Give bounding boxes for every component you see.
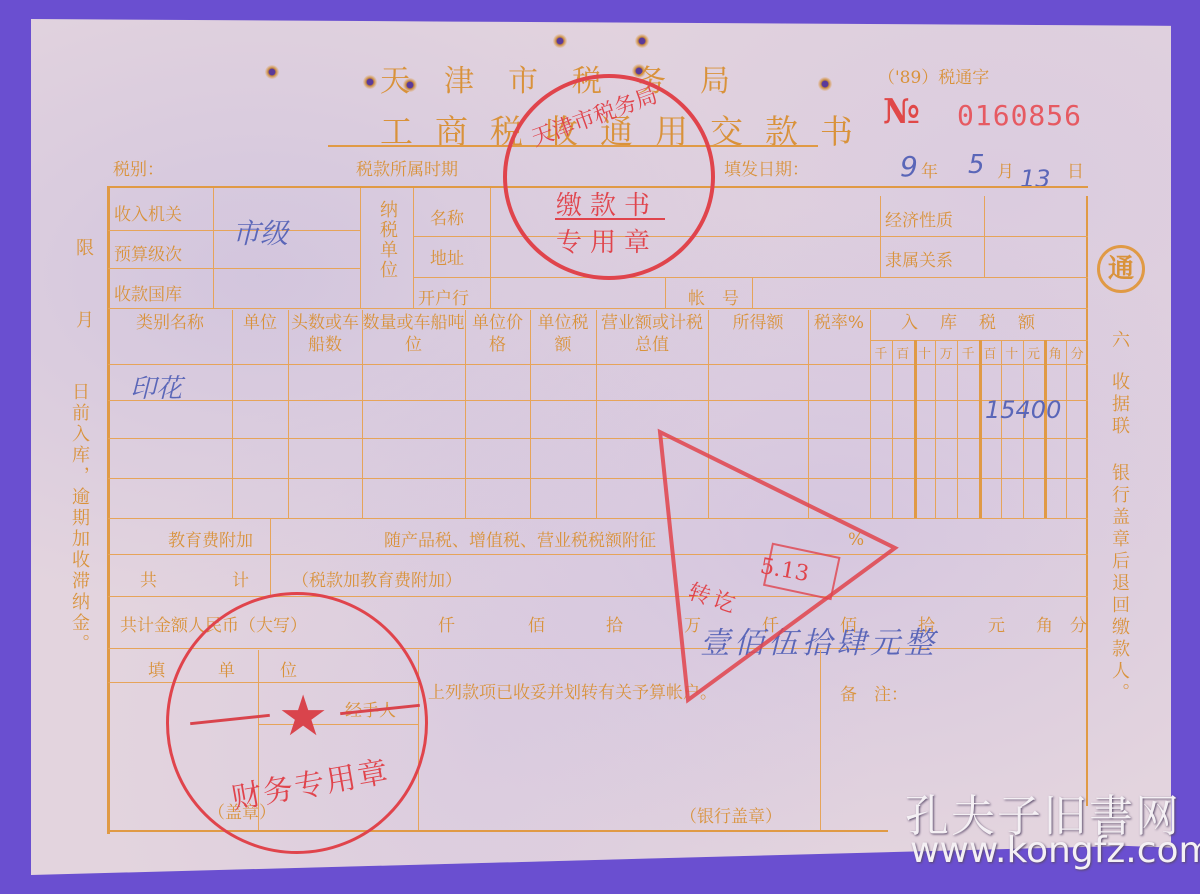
tax-type-label: 税别：: [113, 155, 164, 180]
amount-digit-header: 十: [914, 343, 936, 362]
taxpayer-name-label: 名称: [430, 204, 464, 229]
month-label: 月: [997, 157, 1014, 182]
amount-unit-label: 仟: [438, 611, 455, 636]
tax-stamp-mid: 缴款书: [556, 185, 658, 222]
punch-hole: [363, 75, 377, 89]
column-header: 单位税额: [530, 312, 596, 356]
punch-hole: [553, 34, 567, 48]
amount-digit-header: 百: [892, 343, 914, 362]
treasury-label: 收款国库: [114, 280, 182, 305]
taxpayer-address-label: 地址: [430, 244, 464, 269]
amount-unit-label: 佰: [528, 611, 545, 636]
amount-digit-header: 角: [1044, 343, 1066, 362]
serial-number: 0160856: [957, 99, 1082, 132]
column-header: 头数或车船数: [288, 312, 362, 356]
serial-prefix: №: [883, 92, 920, 132]
economic-nature-label: 经济性质: [885, 206, 953, 231]
amount-digit-header: 千: [870, 343, 892, 362]
punch-hole: [818, 77, 832, 91]
form-code: （'89）税通字: [878, 63, 989, 88]
copy-note: 收据联 银行盖章后退回缴款人。: [1106, 372, 1132, 705]
education-surcharge-desc: 随产品税、增值税、营业税税额附征: [384, 526, 656, 551]
column-header: 类别名称: [108, 312, 232, 334]
handwritten-year: 9: [900, 150, 918, 183]
issue-date-label: 填发日期：: [724, 155, 809, 180]
filler-label-1: 填: [148, 656, 165, 681]
tax-period-label: 税款所属时期: [356, 155, 458, 180]
total-desc: （税款加教育费附加）: [292, 566, 462, 591]
budget-level-handwritten: 市级: [232, 212, 288, 252]
column-header: 入库税额: [870, 312, 1088, 334]
column-header: 营业额或计税总值: [596, 312, 708, 356]
column-header: 税率%: [808, 312, 870, 334]
deadline-prefix: 限: [70, 238, 96, 258]
amount-unit-label: 元: [988, 611, 1005, 636]
taxpayer-bank-label: 开户行: [418, 284, 469, 309]
deadline-note: 日前入库，逾期加收滞纳金。: [70, 382, 88, 655]
amount-unit-label: 角: [1036, 611, 1053, 636]
watermark-url: www.kongfz.com: [910, 830, 1200, 871]
amount-digit-header: 十: [1001, 343, 1023, 362]
total-label-1: 共: [140, 566, 157, 591]
column-header: 数量或车船吨位: [362, 312, 465, 356]
day-label: 日: [1067, 157, 1084, 182]
budget-level-label: 预算级次: [114, 240, 182, 265]
star-icon: ★: [278, 684, 328, 749]
column-header: 所得额: [708, 312, 808, 334]
column-header: 单位价格: [465, 312, 530, 356]
handwritten-month: 5: [968, 150, 985, 180]
affiliation-label: 隶属关系: [885, 246, 953, 271]
deadline-month: 月: [70, 310, 96, 330]
amount-digit-header: 分: [1066, 343, 1088, 362]
tax-stamp-bottom: 专用章: [556, 222, 658, 259]
total-label-2: 计: [232, 566, 249, 591]
amount-unit-label: 拾: [606, 611, 623, 636]
copy-badge: 通: [1097, 245, 1145, 293]
punch-hole: [635, 34, 649, 48]
row1-category-handwritten: 印花: [130, 368, 182, 405]
amount-digit-header: 万: [935, 343, 957, 362]
amount-digit-header: 千: [957, 343, 979, 362]
punch-hole: [265, 65, 279, 79]
copy-number: 六: [1106, 330, 1132, 350]
amount-digit-header: 百: [979, 343, 1001, 362]
column-header: 单位: [232, 312, 288, 334]
amount-unit-label: 分: [1070, 611, 1087, 636]
amount-digit-header: 元: [1023, 343, 1045, 362]
bank-seal-note: （银行盖章）: [680, 802, 782, 827]
handwritten-day: 13: [1020, 165, 1051, 193]
taxpayer-group-label: 纳税单位: [374, 200, 400, 280]
education-surcharge-label: 教育费附加: [168, 526, 253, 551]
year-label: 年: [921, 157, 938, 182]
revenue-office-label: 收入机关: [114, 200, 182, 225]
account-label: 帐 号: [688, 284, 739, 309]
row1-amount-handwritten: 15400: [985, 396, 1061, 424]
